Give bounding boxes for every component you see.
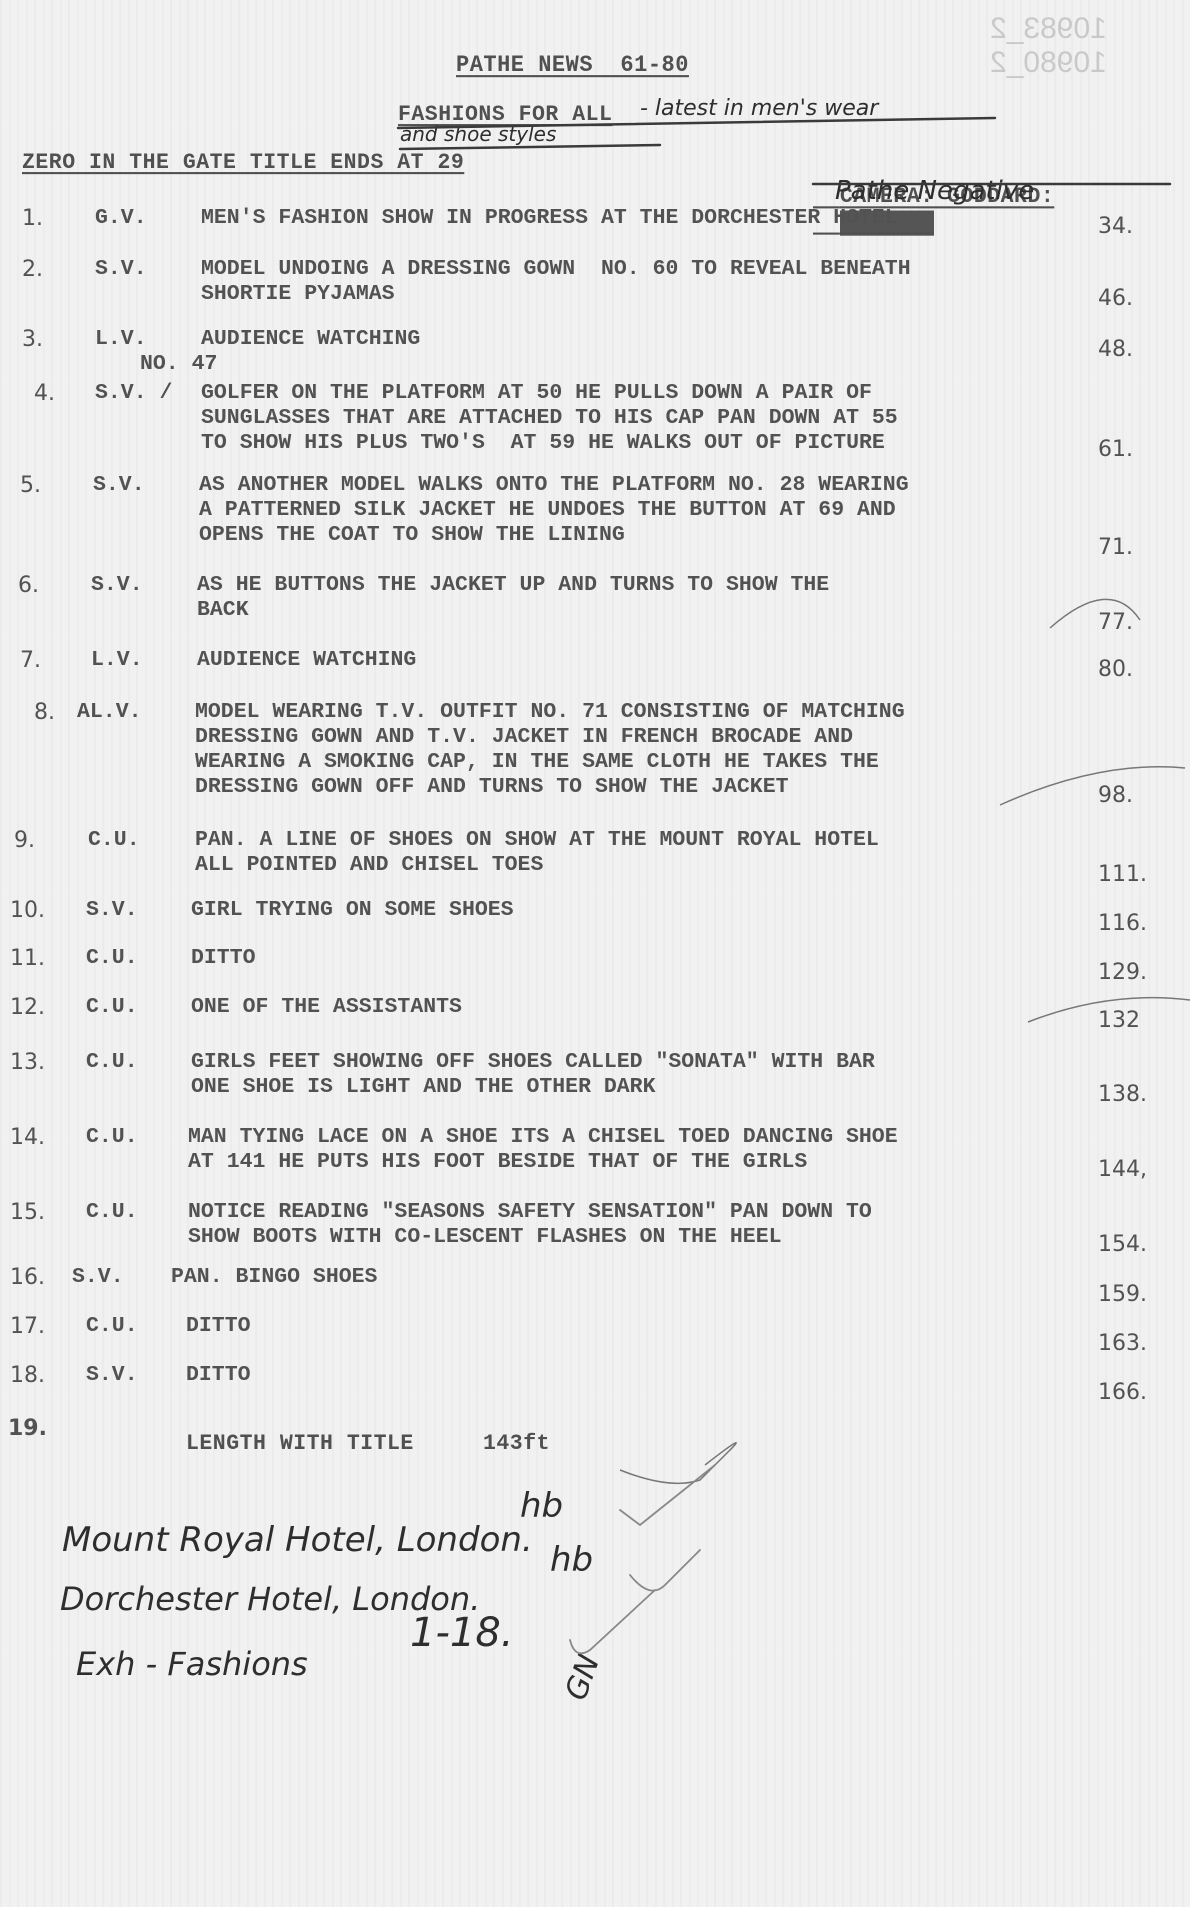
initials-2: hb bbox=[550, 1540, 593, 1580]
shot-type: S.V. bbox=[86, 898, 138, 923]
shot-description-line: SHORTIE PYJAMAS bbox=[201, 282, 395, 307]
footage-count: 46. bbox=[1098, 286, 1133, 311]
shot-description-line: ALL POINTED AND CHISEL TOES bbox=[195, 853, 543, 878]
shot-description-line: SUNGLASSES THAT ARE ATTACHED TO HIS CAP … bbox=[201, 406, 898, 431]
footage-count: 77. bbox=[1098, 610, 1133, 635]
shot-type: G.V. bbox=[95, 206, 147, 231]
shot-number: 17. bbox=[10, 1314, 45, 1339]
camera-handwritten: Pathe Negative bbox=[835, 176, 1034, 206]
footage-count: 154. bbox=[1098, 1232, 1147, 1257]
shot-type: L.V. bbox=[91, 648, 143, 673]
shot-type: C.U. bbox=[86, 1200, 138, 1225]
shot-number: 3. bbox=[22, 327, 43, 352]
footage-count: 48. bbox=[1098, 337, 1133, 362]
shot-type: S.V. bbox=[72, 1265, 124, 1290]
shot-type: L.V. bbox=[95, 327, 147, 352]
shot-description-line: DITTO bbox=[186, 1363, 251, 1388]
shot-description-line: MODEL WEARING T.V. OUTFIT NO. 71 CONSIST… bbox=[195, 700, 905, 725]
shot-description-line: SHOW BOOTS WITH CO-LESCENT FLASHES ON TH… bbox=[188, 1225, 782, 1250]
page-title: PATHE NEWS 61-80 bbox=[456, 52, 689, 78]
footage-count: 71. bbox=[1098, 535, 1133, 560]
shot-type: C.U. bbox=[86, 946, 138, 971]
shot-type: S.V. bbox=[91, 573, 143, 598]
shot-type: C.U. bbox=[86, 1050, 138, 1075]
shot-extra-note: NO. 47 bbox=[140, 352, 217, 377]
shot-description-line: MAN TYING LACE ON A SHOE ITS A CHISEL TO… bbox=[188, 1125, 898, 1150]
story-title-handwritten-2: and shoe styles bbox=[400, 122, 556, 146]
footage-count: 61. bbox=[1098, 437, 1133, 462]
footage-count: 111. bbox=[1098, 862, 1147, 887]
shot-type: S.V. bbox=[95, 257, 147, 282]
ink-marks bbox=[0, 0, 1190, 1907]
shot-description-line: DITTO bbox=[186, 1314, 251, 1339]
shot-type: S.V. / bbox=[95, 381, 172, 406]
footage-count: 98. bbox=[1098, 783, 1133, 808]
footage-count: 166. bbox=[1098, 1380, 1147, 1405]
shot-description-line: OPENS THE COAT TO SHOW THE LINING bbox=[199, 523, 625, 548]
shot-type: C.U. bbox=[86, 995, 138, 1020]
footage-count: 159. bbox=[1098, 1282, 1147, 1307]
shot-number: 7. bbox=[20, 648, 41, 673]
shot-description-line: AT 141 HE PUTS HIS FOOT BESIDE THAT OF T… bbox=[188, 1150, 807, 1175]
zero-gate-note: ZERO IN THE GATE TITLE ENDS AT 29 bbox=[22, 150, 464, 176]
footage-count: 144, bbox=[1098, 1157, 1147, 1182]
shot-number: 14. bbox=[10, 1125, 45, 1150]
shot-type: S.V. bbox=[86, 1363, 138, 1388]
shot-number: 16. bbox=[10, 1265, 45, 1290]
shot-number: 5. bbox=[20, 473, 41, 498]
shot-type: C.U. bbox=[86, 1125, 138, 1150]
shot-description-line: PAN. A LINE OF SHOES ON SHOW AT THE MOUN… bbox=[195, 828, 879, 853]
shot-description-line: AS ANOTHER MODEL WALKS ONTO THE PLATFORM… bbox=[199, 473, 909, 498]
shot-number: 12. bbox=[10, 995, 45, 1020]
shot-description-line: DRESSING GOWN AND T.V. JACKET IN FRENCH … bbox=[195, 725, 853, 750]
footage-count: 132 bbox=[1098, 1008, 1140, 1033]
shot-description-line: BACK bbox=[197, 598, 249, 623]
shot-range-note: 1-18. bbox=[410, 1610, 514, 1656]
shot-description-line: GOLFER ON THE PLATFORM AT 50 HE PULLS DO… bbox=[201, 381, 872, 406]
shot-type: C.U. bbox=[86, 1314, 138, 1339]
shot-description-line: A PATTERNED SILK JACKET HE UNDOES THE BU… bbox=[199, 498, 896, 523]
shot-description-line: ONE SHOE IS LIGHT AND THE OTHER DARK bbox=[191, 1075, 655, 1100]
stamp-line-1: 10983_2 bbox=[990, 12, 1107, 46]
archive-stamp: 10983_2 10980_2 bbox=[990, 12, 1107, 80]
shot-number: 13. bbox=[10, 1050, 45, 1075]
initials-3: GN bbox=[559, 1650, 608, 1705]
shot-description-line: TO SHOW HIS PLUS TWO'S AT 59 HE WALKS OU… bbox=[201, 431, 885, 456]
shot-description-line: NOTICE READING "SEASONS SAFETY SENSATION… bbox=[188, 1200, 872, 1225]
shot-number: 18. bbox=[10, 1363, 45, 1388]
shot-number: 15. bbox=[10, 1200, 45, 1225]
shot-description-line: AS HE BUTTONS THE JACKET UP AND TURNS TO… bbox=[197, 573, 829, 598]
location-note-1: Mount Royal Hotel, London. bbox=[62, 1520, 533, 1560]
category-note: Exh - Fashions bbox=[76, 1645, 308, 1683]
shot-number: 1. bbox=[22, 206, 43, 231]
shot-type: S.V. bbox=[93, 473, 145, 498]
shot-number: 6. bbox=[18, 573, 39, 598]
footer-shot-number: 19. bbox=[8, 1416, 47, 1441]
shot-description-line: DITTO bbox=[191, 946, 256, 971]
shot-description-line: PAN. BINGO SHOES bbox=[171, 1265, 377, 1290]
length-value: 143ft bbox=[483, 1431, 550, 1457]
shot-description-line: WEARING A SMOKING CAP, IN THE SAME CLOTH… bbox=[195, 750, 879, 775]
shot-type: AL.V. bbox=[77, 700, 142, 725]
shot-description-line: GIRL TRYING ON SOME SHOES bbox=[191, 898, 514, 923]
footage-count: 138. bbox=[1098, 1082, 1147, 1107]
initials-1: hb bbox=[520, 1486, 563, 1526]
shot-description-line: AUDIENCE WATCHING bbox=[201, 327, 420, 352]
stamp-line-2: 10980_2 bbox=[990, 46, 1107, 80]
footage-count: 80. bbox=[1098, 657, 1133, 682]
shot-type: C.U. bbox=[88, 828, 140, 853]
story-title-handwritten: - latest in men's wear bbox=[640, 96, 878, 121]
shot-description-line: DRESSING GOWN OFF AND TURNS TO SHOW THE … bbox=[195, 775, 789, 800]
shot-description-line: GIRLS FEET SHOWING OFF SHOES CALLED "SON… bbox=[191, 1050, 875, 1075]
footage-count: 34. bbox=[1098, 214, 1133, 239]
shot-number: 11. bbox=[10, 946, 45, 971]
footage-count: 129. bbox=[1098, 960, 1147, 985]
footage-count: 163. bbox=[1098, 1331, 1147, 1356]
shot-number: 10. bbox=[10, 898, 45, 923]
shot-number: 9. bbox=[14, 828, 35, 853]
length-label: LENGTH WITH TITLE bbox=[186, 1431, 414, 1457]
shot-number: 8. bbox=[34, 700, 55, 725]
footage-count: 116. bbox=[1098, 911, 1147, 936]
shot-description-line: ONE OF THE ASSISTANTS bbox=[191, 995, 462, 1020]
shot-description-line: MODEL UNDOING A DRESSING GOWN NO. 60 TO … bbox=[201, 257, 911, 282]
shot-description-line: AUDIENCE WATCHING bbox=[197, 648, 416, 673]
shot-number: 4. bbox=[34, 381, 55, 406]
shot-number: 2. bbox=[22, 257, 43, 282]
shot-description-line: MEN'S FASHION SHOW IN PROGRESS AT THE DO… bbox=[201, 206, 898, 231]
